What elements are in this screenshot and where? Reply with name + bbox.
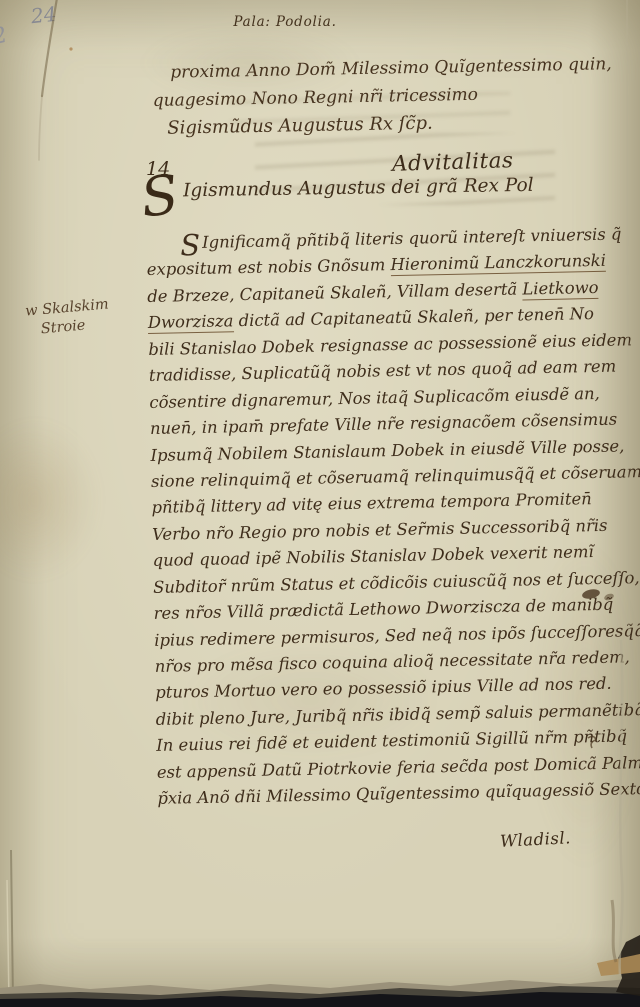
body-line-text: expositum est nobis Gnõsum [147, 256, 391, 280]
clerk-signature: Wladisl. [500, 828, 572, 851]
body-text: SIgnificamq̃ pñtibq̃ literis quorũ inter… [146, 221, 638, 812]
entry-heading: Advitalitas [392, 148, 514, 177]
royal-intitulation: SIgismundus Augustus dei grã Rex Pol [141, 175, 534, 212]
underlined-name: Lietkowo [522, 278, 599, 301]
pencil-folio-number: 24 [30, 2, 58, 29]
royal-intitulation-text: Igismundus Augustus dei grã Rex Pol [183, 175, 534, 202]
margin-note-line: Stroie [40, 314, 111, 339]
bottom-page-edges [0, 978, 640, 1007]
left-page-edge [7, 850, 13, 1002]
body-line-text: Ignificamq̃ pñtibq̃ literis quorũ intere… [202, 224, 622, 251]
bottom-right-corner [597, 900, 640, 996]
pencil-margin-number: 2 [0, 23, 10, 51]
page-header-title: Pala: Podolia. [180, 14, 390, 30]
paper-stain [0, 420, 100, 580]
flourished-initial: S [140, 180, 180, 214]
body-line-text: de Brzeze, Capitaneũ Skaleñ, Villam dese… [147, 279, 522, 306]
intro-dating-clause: proxima Anno Dom̃ Milessimo Quĩgentessim… [152, 52, 594, 143]
margin-note: w Skalskim Stroie [25, 295, 112, 340]
underlined-name: Hieronimũ Lanczkorunski [390, 251, 606, 276]
body-line-text: dictã ad Capitaneatũ Skaleñ, per tenen̄ … [233, 304, 594, 330]
underlined-name: Dworzisza [148, 312, 234, 335]
manuscript-page: Pala: Podolia. 24 2 proxima Anno Dom̃ Mi… [0, 0, 640, 1007]
